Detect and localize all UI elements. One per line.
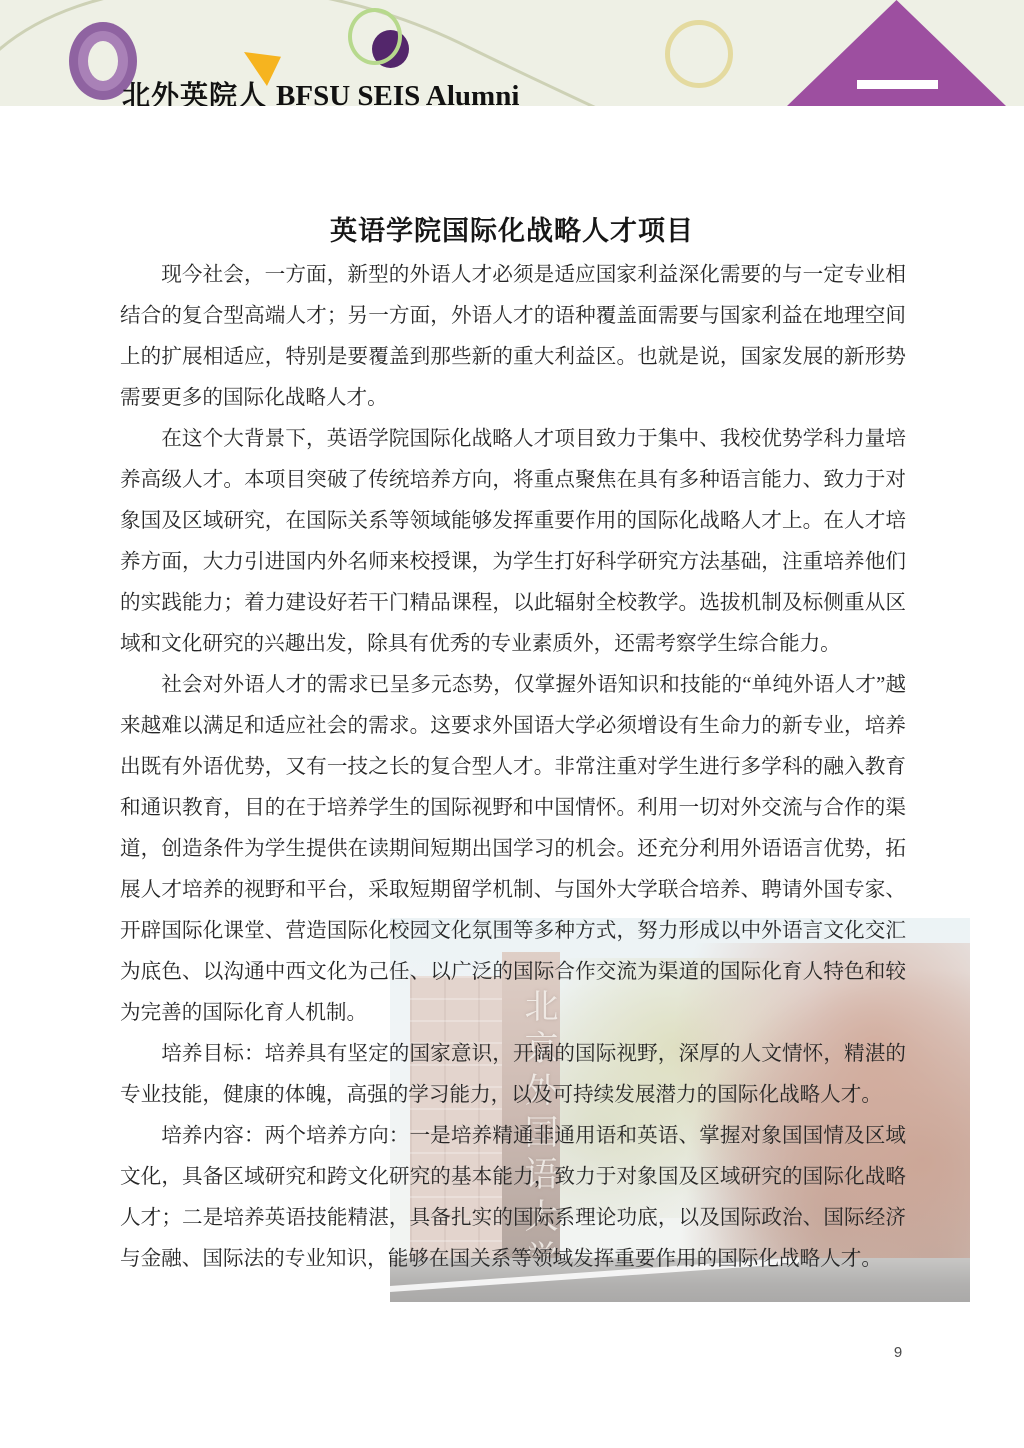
decorative-beige-circle	[665, 20, 733, 88]
page-number: 9	[884, 1344, 912, 1361]
article-body: 现今社会，一方面，新型的外语人才必须是适应国家利益深化需要的与一定专业相结合的复…	[120, 255, 906, 1280]
paragraph-5-training-content: 培养内容：两个培养方向：一是培养精通非通用语和英语、掌握对象国国情及区域文化，具…	[120, 1116, 906, 1280]
paragraph-2: 在这个大背景下，英语学院国际化战略人才项目致力于集中、我校优势学科力量培养高级人…	[120, 419, 906, 665]
masthead: 北外英院人 BFSU SEIS Alumni	[122, 74, 519, 106]
magazine-page: 北外英院人 BFSU SEIS Alumni 北京外国语大学 英语学院国际化战略…	[0, 0, 1024, 1448]
paragraph-1: 现今社会，一方面，新型的外语人才必须是适应国家利益深化需要的与一定专业相结合的复…	[120, 255, 906, 419]
masthead-english-title: BFSU SEIS Alumni	[276, 80, 519, 106]
masthead-chinese-title: 北外英院人	[122, 74, 267, 106]
decorative-green-circle	[348, 8, 402, 65]
paragraph-3: 社会对外语人才的需求已呈多元态势，仅掌握外语知识和技能的“单纯外语人才”越来越难…	[120, 665, 906, 1034]
article-title: 英语学院国际化战略人才项目	[0, 209, 1024, 248]
page-header: 北外英院人 BFSU SEIS Alumni	[0, 0, 1024, 106]
decorative-white-bar	[857, 80, 938, 89]
paragraph-4-training-goals: 培养目标：培养具有坚定的国家意识，开阔的国际视野，深厚的人文情怀，精湛的专业技能…	[120, 1034, 906, 1116]
